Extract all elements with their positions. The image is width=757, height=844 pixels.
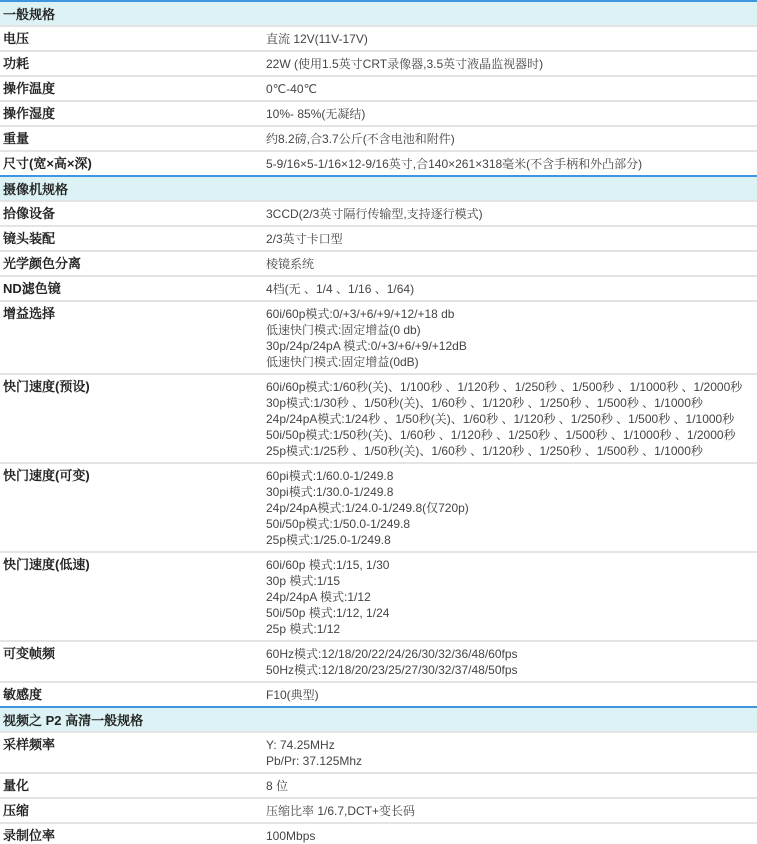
- spec-row: 拾像设备 3CCD(2/3英寸隔行传输型,支持逐行模式): [0, 201, 757, 226]
- spec-row: 光学颜色分离 棱镜系统: [0, 251, 757, 276]
- spec-value-line: 50i/50p模式:1/50秒(关)、1/60秒 、1/120秒 、1/250秒…: [266, 427, 757, 443]
- spec-row: 镜头装配 2/3英寸卡口型: [0, 226, 757, 251]
- spec-label: 敏感度: [0, 682, 250, 707]
- spec-row: 增益选择 60i/60p模式:0/+3/+6/+9/+12/+18 db低速快门…: [0, 301, 757, 374]
- spec-value: 60i/60p 模式:1/15, 1/3030p 模式:1/1524p/24pA…: [250, 552, 757, 641]
- spec-value: 3CCD(2/3英寸隔行传输型,支持逐行模式): [250, 201, 757, 226]
- spec-label: 压缩: [0, 798, 250, 823]
- spec-value-line: 30p/24p/24pA 模式:0/+3/+6/+9/+12dB: [266, 338, 757, 354]
- section-header: 视频之 P2 高清一般规格: [0, 707, 757, 732]
- spec-value-line: Pb/Pr: 37.125Mhz: [266, 753, 757, 769]
- spec-label: 可变帧频: [0, 641, 250, 682]
- spec-value-line: 60Hz模式:12/18/20/22/24/26/30/32/36/48/60f…: [266, 646, 757, 662]
- spec-label: 录制位率: [0, 823, 250, 844]
- spec-label: 功耗: [0, 51, 250, 76]
- spec-value-line: 压缩比率 1/6.7,DCT+变长码: [266, 803, 757, 819]
- spec-value-line: 60i/60p 模式:1/15, 1/30: [266, 557, 757, 573]
- spec-value: 100Mbps: [250, 823, 757, 844]
- spec-value: 5-9/16×5-1/16×12-9/16英寸,合140×261×318毫米(不…: [250, 151, 757, 176]
- spec-value-line: 30p模式:1/30秒 、1/50秒(关)、1/60秒 、1/120秒 、1/2…: [266, 395, 757, 411]
- spec-value-line: 低速快门模式:固定增益(0 db): [266, 322, 757, 338]
- spec-value-line: Y: 74.25MHz: [266, 737, 757, 753]
- spec-label: 增益选择: [0, 301, 250, 374]
- spec-row: 功耗 22W (使用1.5英寸CRT录像器,3.5英寸液晶监视器时): [0, 51, 757, 76]
- spec-value: 60pi模式:1/60.0-1/249.830pi模式:1/30.0-1/249…: [250, 463, 757, 552]
- spec-value-line: F10(典型): [266, 687, 757, 703]
- spec-value: F10(典型): [250, 682, 757, 707]
- spec-value-line: 0℃-40℃: [266, 81, 757, 97]
- spec-value-line: 8 位: [266, 778, 757, 794]
- section-title: 一般规格: [0, 1, 757, 26]
- spec-value-line: 24p/24pA 模式:1/12: [266, 589, 757, 605]
- spec-value-line: 100Mbps: [266, 828, 757, 844]
- spec-label: 重量: [0, 126, 250, 151]
- spec-value: 直流 12V(11V-17V): [250, 26, 757, 51]
- spec-value-line: 25p模式:1/25秒 、1/50秒(关)、1/60秒 、1/120秒 、1/2…: [266, 443, 757, 459]
- spec-value-line: 3CCD(2/3英寸隔行传输型,支持逐行模式): [266, 206, 757, 222]
- spec-label: 操作温度: [0, 76, 250, 101]
- spec-value: 22W (使用1.5英寸CRT录像器,3.5英寸液晶监视器时): [250, 51, 757, 76]
- spec-row: 尺寸(宽×高×深) 5-9/16×5-1/16×12-9/16英寸,合140×2…: [0, 151, 757, 176]
- spec-value: 棱镜系统: [250, 251, 757, 276]
- spec-value: 2/3英寸卡口型: [250, 226, 757, 251]
- spec-row: 敏感度 F10(典型): [0, 682, 757, 707]
- spec-value-line: 棱镜系统: [266, 256, 757, 272]
- spec-table-body: 一般规格 电压 直流 12V(11V-17V) 功耗 22W (使用1.5英寸C…: [0, 1, 757, 844]
- section-title: 视频之 P2 高清一般规格: [0, 707, 757, 732]
- spec-value-line: 10%- 85%(无凝结): [266, 106, 757, 122]
- spec-value: 10%- 85%(无凝结): [250, 101, 757, 126]
- spec-value-line: 直流 12V(11V-17V): [266, 31, 757, 47]
- spec-row: 操作温度 0℃-40℃: [0, 76, 757, 101]
- spec-value-line: 约8.2磅,合3.7公斤(不含电池和附件): [266, 131, 757, 147]
- spec-value-line: 24p/24pA模式:1/24.0-1/249.8(仅720p): [266, 500, 757, 516]
- spec-label: 快门速度(可变): [0, 463, 250, 552]
- spec-row: 录制位率 100Mbps: [0, 823, 757, 844]
- spec-label: 快门速度(预设): [0, 374, 250, 463]
- spec-row: 重量 约8.2磅,合3.7公斤(不含电池和附件): [0, 126, 757, 151]
- spec-value: 60i/60p模式:1/60秒(关)、1/100秒 、1/120秒 、1/250…: [250, 374, 757, 463]
- spec-value-line: 2/3英寸卡口型: [266, 231, 757, 247]
- spec-value: 8 位: [250, 773, 757, 798]
- spec-label: 尺寸(宽×高×深): [0, 151, 250, 176]
- spec-value-line: 5-9/16×5-1/16×12-9/16英寸,合140×261×318毫米(不…: [266, 156, 757, 172]
- spec-value-line: 24p/24pA模式:1/24秒 、1/50秒(关)、1/60秒 、1/120秒…: [266, 411, 757, 427]
- spec-value-line: 50i/50p 模式:1/12, 1/24: [266, 605, 757, 621]
- spec-label: 电压: [0, 26, 250, 51]
- spec-row: 快门速度(低速) 60i/60p 模式:1/15, 1/3030p 模式:1/1…: [0, 552, 757, 641]
- section-title: 摄像机规格: [0, 176, 757, 201]
- spec-label: 光学颜色分离: [0, 251, 250, 276]
- spec-row: 快门速度(预设) 60i/60p模式:1/60秒(关)、1/100秒 、1/12…: [0, 374, 757, 463]
- spec-value-line: 50Hz模式:12/18/20/23/25/27/30/32/37/48/50f…: [266, 662, 757, 678]
- spec-value-line: 低速快门模式:固定增益(0dB): [266, 354, 757, 370]
- spec-label: 量化: [0, 773, 250, 798]
- spec-value: 0℃-40℃: [250, 76, 757, 101]
- spec-value-line: 50i/50p模式:1/50.0-1/249.8: [266, 516, 757, 532]
- spec-label: 快门速度(低速): [0, 552, 250, 641]
- spec-row: ND滤色镜 4档(无 、1/4 、1/16 、1/64): [0, 276, 757, 301]
- spec-label: 拾像设备: [0, 201, 250, 226]
- spec-value-line: 60i/60p模式:1/60秒(关)、1/100秒 、1/120秒 、1/250…: [266, 379, 757, 395]
- spec-value: 4档(无 、1/4 、1/16 、1/64): [250, 276, 757, 301]
- spec-row: 量化 8 位: [0, 773, 757, 798]
- spec-row: 可变帧频 60Hz模式:12/18/20/22/24/26/30/32/36/4…: [0, 641, 757, 682]
- spec-value-line: 22W (使用1.5英寸CRT录像器,3.5英寸液晶监视器时): [266, 56, 757, 72]
- spec-value-line: 25p模式:1/25.0-1/249.8: [266, 532, 757, 548]
- spec-value-line: 30p 模式:1/15: [266, 573, 757, 589]
- spec-value-line: 60i/60p模式:0/+3/+6/+9/+12/+18 db: [266, 306, 757, 322]
- spec-value-line: 25p 模式:1/12: [266, 621, 757, 637]
- spec-row: 电压 直流 12V(11V-17V): [0, 26, 757, 51]
- spec-value: 约8.2磅,合3.7公斤(不含电池和附件): [250, 126, 757, 151]
- spec-value-line: 4档(无 、1/4 、1/16 、1/64): [266, 281, 757, 297]
- spec-value-line: 60pi模式:1/60.0-1/249.8: [266, 468, 757, 484]
- spec-label: 操作湿度: [0, 101, 250, 126]
- spec-value: Y: 74.25MHzPb/Pr: 37.125Mhz: [250, 732, 757, 773]
- spec-label: 采样频率: [0, 732, 250, 773]
- spec-value: 60i/60p模式:0/+3/+6/+9/+12/+18 db低速快门模式:固定…: [250, 301, 757, 374]
- spec-value-line: 30pi模式:1/30.0-1/249.8: [266, 484, 757, 500]
- spec-row: 压缩 压缩比率 1/6.7,DCT+变长码: [0, 798, 757, 823]
- spec-row: 采样频率 Y: 74.25MHzPb/Pr: 37.125Mhz: [0, 732, 757, 773]
- spec-value: 压缩比率 1/6.7,DCT+变长码: [250, 798, 757, 823]
- section-header: 摄像机规格: [0, 176, 757, 201]
- spec-row: 操作湿度 10%- 85%(无凝结): [0, 101, 757, 126]
- section-header: 一般规格: [0, 1, 757, 26]
- spec-row: 快门速度(可变) 60pi模式:1/60.0-1/249.830pi模式:1/3…: [0, 463, 757, 552]
- spec-label: 镜头装配: [0, 226, 250, 251]
- spec-value: 60Hz模式:12/18/20/22/24/26/30/32/36/48/60f…: [250, 641, 757, 682]
- spec-table: 一般规格 电压 直流 12V(11V-17V) 功耗 22W (使用1.5英寸C…: [0, 0, 757, 844]
- spec-label: ND滤色镜: [0, 276, 250, 301]
